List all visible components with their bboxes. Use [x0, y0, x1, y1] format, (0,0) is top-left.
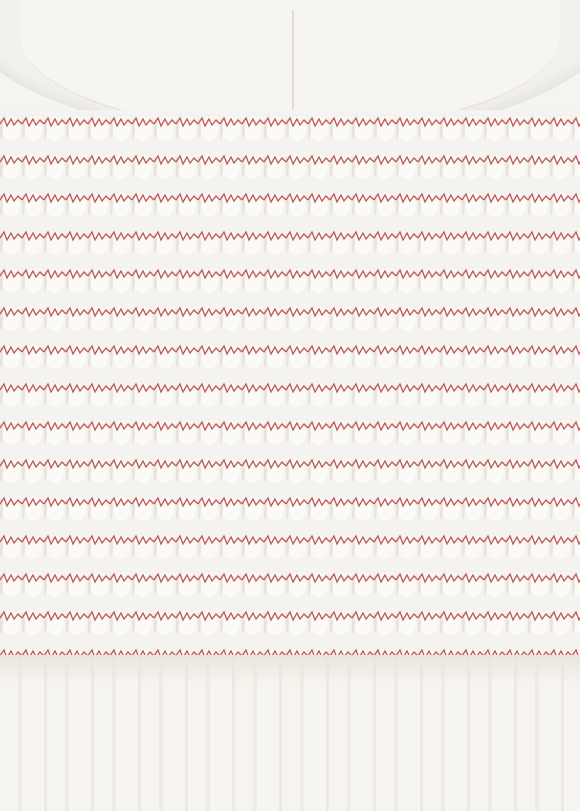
smocked-bodice [0, 110, 580, 655]
waist-seam-shadow [0, 655, 580, 685]
product-photo [0, 0, 580, 811]
back-placket [292, 10, 294, 120]
